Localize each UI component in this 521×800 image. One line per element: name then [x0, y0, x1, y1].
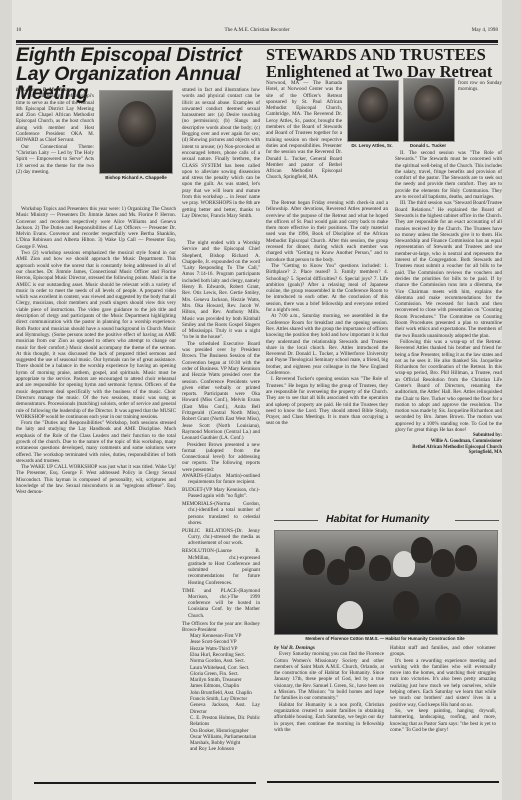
- habitat-col1: by Val B. Demings Every Saturday morning…: [274, 645, 384, 733]
- reports-list: AWARDS-(Gladys Martin)-outlined requirem…: [182, 473, 260, 619]
- bottom-rule-right: [267, 781, 499, 783]
- photo-person: [303, 549, 325, 575]
- masthead: 10 The A.M.E. Christian Recorder May 4, …: [16, 27, 498, 39]
- officer-item: and Roy Lee Johnson: [182, 746, 260, 752]
- tucker-photo: [403, 78, 455, 142]
- habitat-paragraph: It's been a rewarding experience meeting…: [390, 658, 496, 708]
- habitat-col2: Habitat staff and families, and other vo…: [390, 645, 496, 733]
- report-item: MEMORIALS-(Norma Gordon, chr.)-identifie…: [182, 501, 260, 526]
- attles-photo: [347, 80, 399, 142]
- signature-city: Springfield, MA: [395, 450, 502, 456]
- publication-title: The A.M.E. Christian Recorder: [16, 27, 498, 33]
- lay-paragraph: strated in fact and illustrations how wo…: [182, 87, 260, 219]
- lay-paragraph: From the "Duties and Responsibilities" W…: [16, 420, 176, 464]
- masthead-rule: [16, 40, 498, 43]
- lay-paragraph: It was Hattiesburg, Mississippi's time t…: [16, 93, 94, 143]
- stewards-paragraph: The Retreat began Friday evening with ch…: [266, 200, 388, 263]
- bishop-photo: [99, 90, 173, 174]
- officer-item: C. E. Preston Holmes, Dir. Public Relati…: [182, 715, 260, 728]
- portrait-face: [414, 85, 444, 121]
- stewards-col1: The Retreat began Friday evening with ch…: [266, 200, 388, 427]
- habitat-rule-left: [274, 520, 318, 521]
- issue-date: May 4, 1998: [472, 27, 498, 33]
- photo-person: [435, 593, 461, 623]
- lay-paragraph: The scheduled Executive Board was presid…: [182, 341, 260, 442]
- habitat-paragraph: Habitat for Humanity is a non profit, Ch…: [274, 702, 384, 733]
- officer-item: Laura Whitehead, Corr. Sect.: [182, 665, 260, 671]
- habitat-paragraph: Every Saturday morning you can find the …: [274, 651, 384, 701]
- photo-person-hardhat: [337, 601, 363, 629]
- photo-person: [369, 555, 391, 581]
- officers-intro: The Officers for the year are: Rodney Br…: [182, 621, 260, 634]
- stewards-paragraph: I. Reverend Tucker's opening session was…: [266, 376, 388, 426]
- tucker-photo-caption: Donald L. Tucker: [398, 143, 458, 148]
- report-item: AWARDS-(Gladys Martin)-outlined requirem…: [182, 473, 260, 486]
- portrait-face: [358, 87, 388, 123]
- habitat-headline: Habitat for Humanity: [326, 513, 429, 525]
- lay-article-col1-top: by Laurene B. McMillan It was Hattiesbur…: [16, 87, 94, 175]
- signature-block: Submitted by: Willie A. Goodman, Commiss…: [395, 433, 502, 455]
- photo-person: [455, 545, 477, 571]
- headline-line2: Enlightened at Two Day Retreat: [266, 63, 502, 80]
- stewards-col1-top: Norwood, MA — The Ramada Hotel, at Norwo…: [266, 80, 342, 181]
- stewards-paragraph: At 7:00 a.m., Saturday morning, we assem…: [266, 313, 388, 376]
- lay-paragraph: President Brown presented a new format (…: [182, 442, 260, 473]
- headline-line1: STEWARDS AND TRUSTEES: [266, 46, 502, 63]
- bottom-rule-left: [34, 782, 256, 784]
- lay-paragraph: Our Connectional Theme: "Christian Laity…: [16, 144, 94, 175]
- lay-paragraph: The night ended with a Worship Service a…: [182, 240, 260, 341]
- stewards-col2-top: front row on Sunday mornings.: [458, 80, 502, 93]
- report-item: RESOLUTION-(Laurne B. McMillan, chr.)-ex…: [182, 548, 260, 586]
- officers-list: Mary Kenneson-First VP Jesse Scott-Secon…: [182, 633, 260, 753]
- lay-article-col2: The night ended with a Worship Service a…: [182, 240, 260, 753]
- stewards-paragraph: Norwood, MA — The Ramada Hotel, at Norwo…: [266, 80, 342, 181]
- photo-person: [345, 546, 365, 570]
- photo-person: [411, 537, 433, 563]
- stewards-article-headline: STEWARDS AND TRUSTEES Enlightened at Two…: [266, 46, 502, 80]
- stewards-paragraph: front row on Sunday mornings.: [458, 80, 502, 93]
- lay-article-col2-top: strated in fact and illustrations how wo…: [182, 87, 260, 219]
- report-item: BUDGET-(VP Mary Kennison, chr.)-Passed a…: [182, 487, 260, 500]
- habitat-photo-caption: Members of Florence Cotton W.M.S. — Habi…: [274, 636, 496, 641]
- newspaper-page: 10 The A.M.E. Christian Recorder May 4, …: [12, 0, 502, 800]
- bishop-photo-caption: Bishop Richard A. Chappelle: [96, 175, 176, 180]
- lay-paragraph: Workshop Topics and Presenters this year…: [16, 206, 176, 250]
- attles-photo-caption: Dr. Leroy Attles, Sr.: [342, 143, 402, 148]
- stewards-paragraph: The "Getting to Know You" questions incl…: [266, 263, 388, 313]
- photo-person: [393, 591, 419, 621]
- lay-paragraph: The WAKE UP CALL WORKSHOP was just what …: [16, 464, 176, 495]
- report-item: TIME and PLACE-(Raymond Morrison, chr.)-…: [182, 588, 260, 619]
- portrait-face: [118, 101, 156, 147]
- photo-person: [431, 549, 455, 577]
- habitat-paragraph: Habitat staff and families, and other vo…: [390, 645, 496, 658]
- habitat-paragraph: So, we keep painting, hanging drywall, h…: [390, 708, 496, 733]
- lay-paragraph: Two (2) workshop sessions emphasized the…: [16, 250, 176, 420]
- stewards-paragraph: II. The second session was "The Role of …: [395, 150, 502, 200]
- stewards-paragraph: III. The third session was "Steward Boar…: [395, 200, 502, 339]
- lay-article-col1-body: Workshop Topics and Presenters this year…: [16, 206, 176, 496]
- officer-item: Geneva Jackson, Asst. Lay Director: [182, 702, 260, 715]
- officer-item: Ora Booker, Historiographer: [182, 728, 260, 734]
- stewards-paragraph: Following this was a wrap-up of the Retr…: [395, 339, 502, 433]
- habitat-group-photo: [274, 530, 498, 635]
- report-item: PUBLIC RELATIONS-(Dr. Jenny Curry, chr.)…: [182, 528, 260, 547]
- habitat-rule-right: [455, 520, 499, 521]
- stewards-col2: II. The second session was "The Role of …: [395, 150, 502, 456]
